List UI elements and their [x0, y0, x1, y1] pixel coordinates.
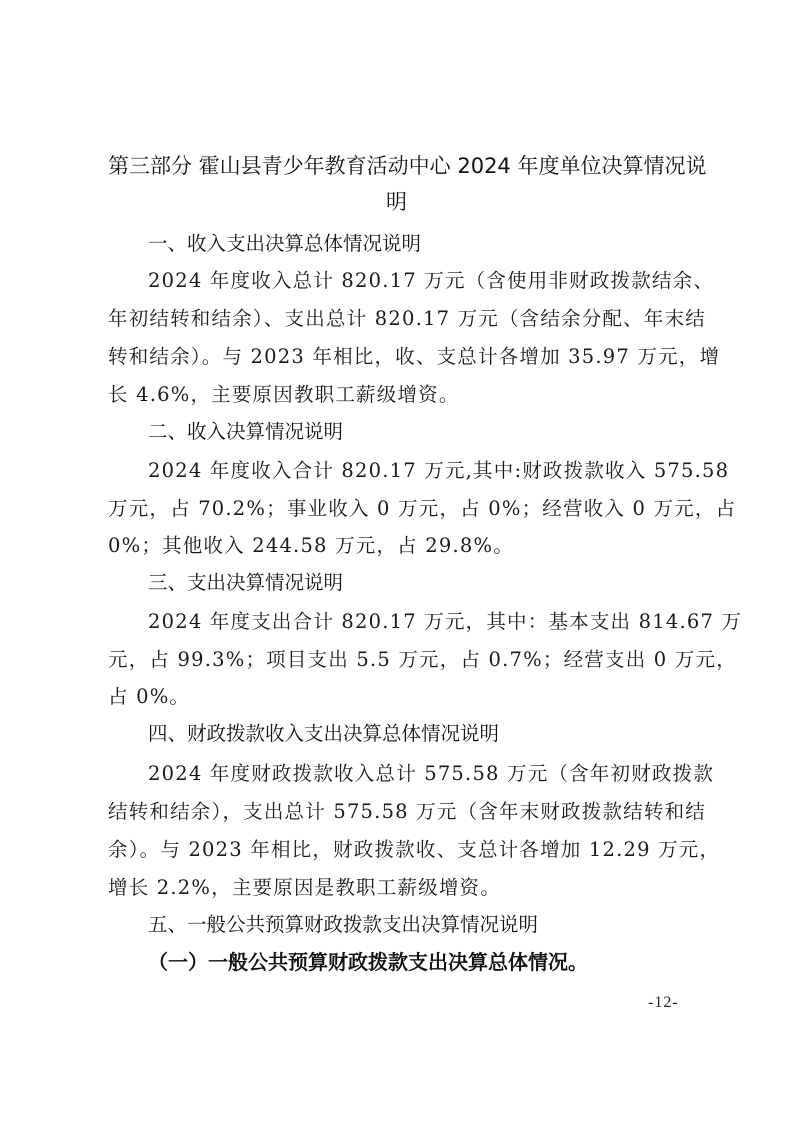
- section-4-line-2: 结转和结余），支出总计 575.58 万元（含年末财政拨款结转和结: [108, 796, 690, 824]
- section-4-line-4: 增长 2.2%，主要原因是教职工薪级增资。: [108, 872, 501, 900]
- page-number: -12-: [648, 994, 679, 1012]
- document-page: 第三部分 霍山县青少年教育活动中心 2024 年度单位决算情况说 明 一、收入支…: [0, 0, 793, 1122]
- section-4-line-1: 2024 年度财政拨款收入总计 575.58 万元（含年初财政拨款: [148, 758, 714, 786]
- section-5-subheading: （一）一般公共预算财政拨款支出决算总体情况。: [148, 946, 588, 975]
- section-1-line-3: 转和结余）。与 2023 年相比，收、支总计各增加 35.97 万元，增: [108, 341, 690, 369]
- document-title-line-2: 明: [386, 186, 407, 216]
- section-3-line-1: 2024 年度支出合计 820.17 万元，其中：基本支出 814.67 万: [148, 606, 742, 634]
- section-2-line-1: 2024 年度收入合计 820.17 万元,其中:财政拨款收入 575.58: [148, 455, 729, 483]
- section-3-line-2: 元，占 99.3%；项目支出 5.5 万元，占 0.7%；经营支出 0 万元，: [108, 644, 690, 672]
- section-4-line-3: 余）。与 2023 年相比，财政拨款收、支总计各增加 12.29 万元，: [108, 834, 690, 862]
- section-5-heading: 五、一般公共预算财政拨款支出决算情况说明: [148, 909, 538, 937]
- section-1-line-4: 长 4.6%，主要原因教职工薪级增资。: [108, 379, 460, 407]
- section-4-heading: 四、财政拨款收入支出决算总体情况说明: [148, 718, 499, 746]
- section-2-line-3: 0%；其他收入 244.58 万元，占 29.8%。: [108, 530, 514, 558]
- section-1-line-1: 2024 年度收入总计 820.17 万元（含使用非财政拨款结余、: [148, 265, 690, 293]
- document-title-line-1: 第三部分 霍山县青少年教育活动中心 2024 年度单位决算情况说: [108, 150, 706, 180]
- section-2-line-2: 万元，占 70.2%；事业收入 0 万元，占 0%；经营收入 0 万元，占: [108, 493, 690, 521]
- section-1-heading: 一、收入支出决算总体情况说明: [148, 228, 421, 256]
- section-3-line-3: 占 0%。: [108, 681, 190, 709]
- section-1-line-2: 年初结转和结余）、支出总计 820.17 万元（含结余分配、年末结: [108, 303, 690, 331]
- section-2-heading: 二、收入决算情况说明: [148, 416, 343, 444]
- section-3-heading: 三、支出决算情况说明: [148, 567, 343, 595]
